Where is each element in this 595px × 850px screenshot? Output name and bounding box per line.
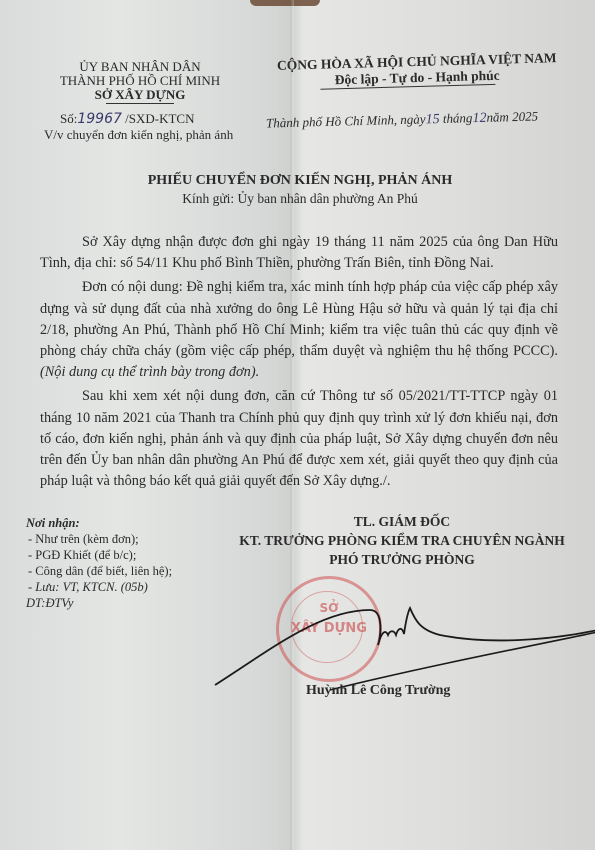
department-underline [106,103,174,104]
signature-line-3: PHÓ TRƯỞNG PHÒNG [212,550,592,569]
recipient-item: - Công dân (để biết, liên hệ); [26,563,226,579]
signature-block: TL. GIÁM ĐỐC KT. TRƯỞNG PHÒNG KIỂM TRA C… [212,512,592,569]
document-title: PHIẾU CHUYỂN ĐƠN KIẾN NGHỊ, PHẢN ÁNH [60,173,540,189]
date-month-label: tháng [443,110,473,126]
date-day: 15 [425,112,439,127]
date-line: Thành phố Hồ Chí Minh, ngày15 tháng12năm… [266,108,538,132]
org-line-1: ỦY BAN NHÂN DÂN [40,60,240,74]
addressee: Kính gửi: Ủy ban nhân dân phường An Phú [60,191,540,207]
drafter-initials: DT:ĐTVy [26,595,226,611]
body-paragraph-1: Sở Xây dựng nhận được đơn ghi ngày 19 th… [40,232,558,274]
photo-edge-shadow [250,0,320,6]
recipients-heading: Nơi nhận: [26,515,226,531]
signer-name: Huỳnh Lê Công Trường [306,683,450,699]
paragraph-2-text: Đơn có nội dung: Đề nghị kiểm tra, xác m… [40,279,558,359]
department-name: SỞ XÂY DỰNG [40,88,240,102]
recipient-item: - PGĐ Khiết (để b/c); [26,547,226,563]
date-month: 12 [472,111,486,126]
signature-line-2: KT. TRƯỞNG PHÒNG KIỂM TRA CHUYÊN NGÀNH [212,531,592,550]
doc-number-suffix: /SXD-KTCN [125,111,194,126]
national-header: CỘNG HÒA XÃ HỘI CHỦ NGHĨA VIỆT NAM Độc l… [262,50,573,92]
paragraph-2-note: (Nội dung cụ thể trình bày trong đơn). [40,364,259,380]
recipient-item: - Như trên (kèm đơn); [26,531,226,547]
issuing-authority: ỦY BAN NHÂN DÂN THÀNH PHỐ HỒ CHÍ MINH SỞ… [40,60,240,104]
date-prefix: Thành phố Hồ Chí Minh, ngày [266,111,426,130]
document-body: Sở Xây dựng nhận được đơn ghi ngày 19 th… [40,232,558,495]
org-line-2: THÀNH PHỐ HỒ CHÍ MINH [40,74,240,88]
recipient-item: - Lưu: VT, KTCN. (05b) [26,579,226,595]
signature-line-1: TL. GIÁM ĐỐC [212,512,592,531]
doc-number-label: Số: [60,111,77,126]
doc-number-handwritten: 19967 [77,111,122,127]
date-year: năm 2025 [486,108,538,124]
document-number: Số:19967 /SXD-KTCN [60,111,194,127]
body-paragraph-3: Sau khi xem xét nội dung đơn, căn cứ Thô… [40,386,558,492]
recipients-list: Nơi nhận: - Như trên (kèm đơn); - PGĐ Kh… [26,515,226,611]
document-subject: V/v chuyển đơn kiến nghị, phản ánh [44,127,233,143]
body-paragraph-2: Đơn có nội dung: Đề nghị kiểm tra, xác m… [40,277,558,383]
